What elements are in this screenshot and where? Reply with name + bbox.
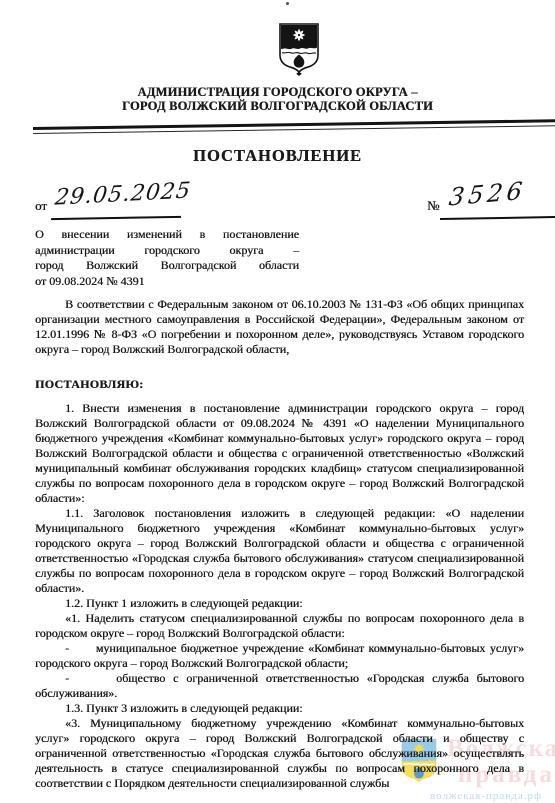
- paragraph-item-1-3: 1.3. Пункт 3 изложить в следующей редакц…: [35, 701, 524, 716]
- subject-line: О внесении изменений в постановление: [35, 227, 299, 243]
- number-underline: [440, 216, 555, 220]
- date-number-row: от 29.05.2025 № 3526: [35, 184, 525, 226]
- doc-type-title: ПОСТАНОВЛЕНИЕ: [0, 146, 555, 166]
- resolve-word: ПОСТАНОВЛЯЮ:: [35, 377, 524, 392]
- date-label: от: [35, 198, 47, 214]
- handwritten-number: 3526: [447, 176, 527, 211]
- body-text: В соответствии с Федеральным законом от …: [35, 297, 524, 791]
- header-divider-line: [33, 119, 555, 134]
- subject-line: город Волжский Волгоградской области: [35, 258, 299, 274]
- watermark-url: волжская-правда.рф: [430, 790, 542, 802]
- scan-artifact-dot: [286, 2, 289, 5]
- subject-line: от 09.08.2024 № 4391: [35, 274, 299, 290]
- org-name: АДМИНИСТРАЦИЯ ГОРОДСКОГО ОКРУГА – ГОРОД …: [0, 85, 555, 113]
- date-underline: [51, 216, 181, 220]
- org-name-line2: ГОРОД ВОЛЖСКИЙ ВОЛГОГРАДСКОЙ ОБЛАСТИ: [0, 99, 555, 113]
- paragraph-quoted-1: «1. Наделить статусом специализированной…: [35, 611, 524, 641]
- volzhsky-coat-of-arms-icon: [276, 22, 322, 78]
- preamble-paragraph: В соответствии с Федеральным законом от …: [35, 297, 524, 357]
- subject-block: О внесении изменений в постановление адм…: [35, 227, 299, 289]
- paragraph-item-1-2: 1.2. Пункт 1 изложить в следующей редакц…: [35, 596, 524, 611]
- subject-line: администрации городского округа –: [35, 243, 299, 259]
- paragraph-item-1: 1. Внести изменения в постановление адми…: [35, 401, 524, 506]
- paragraph-quoted-3: «3. Муниципальному бюджетному учреждению…: [35, 716, 524, 791]
- paragraph-dash-ooo: - общество с ограниченной ответственност…: [35, 671, 524, 701]
- number-label: №: [427, 198, 439, 214]
- org-name-line1: АДМИНИСТРАЦИЯ ГОРОДСКОГО ОКРУГА –: [0, 85, 555, 99]
- paragraph-item-1-1: 1.1. Заголовок постановления изложить в …: [35, 506, 524, 596]
- handwritten-date: 29.05.2025: [54, 178, 193, 210]
- paragraph-dash-mbu: - муниципальное бюджетное учреждение «Ко…: [35, 641, 524, 671]
